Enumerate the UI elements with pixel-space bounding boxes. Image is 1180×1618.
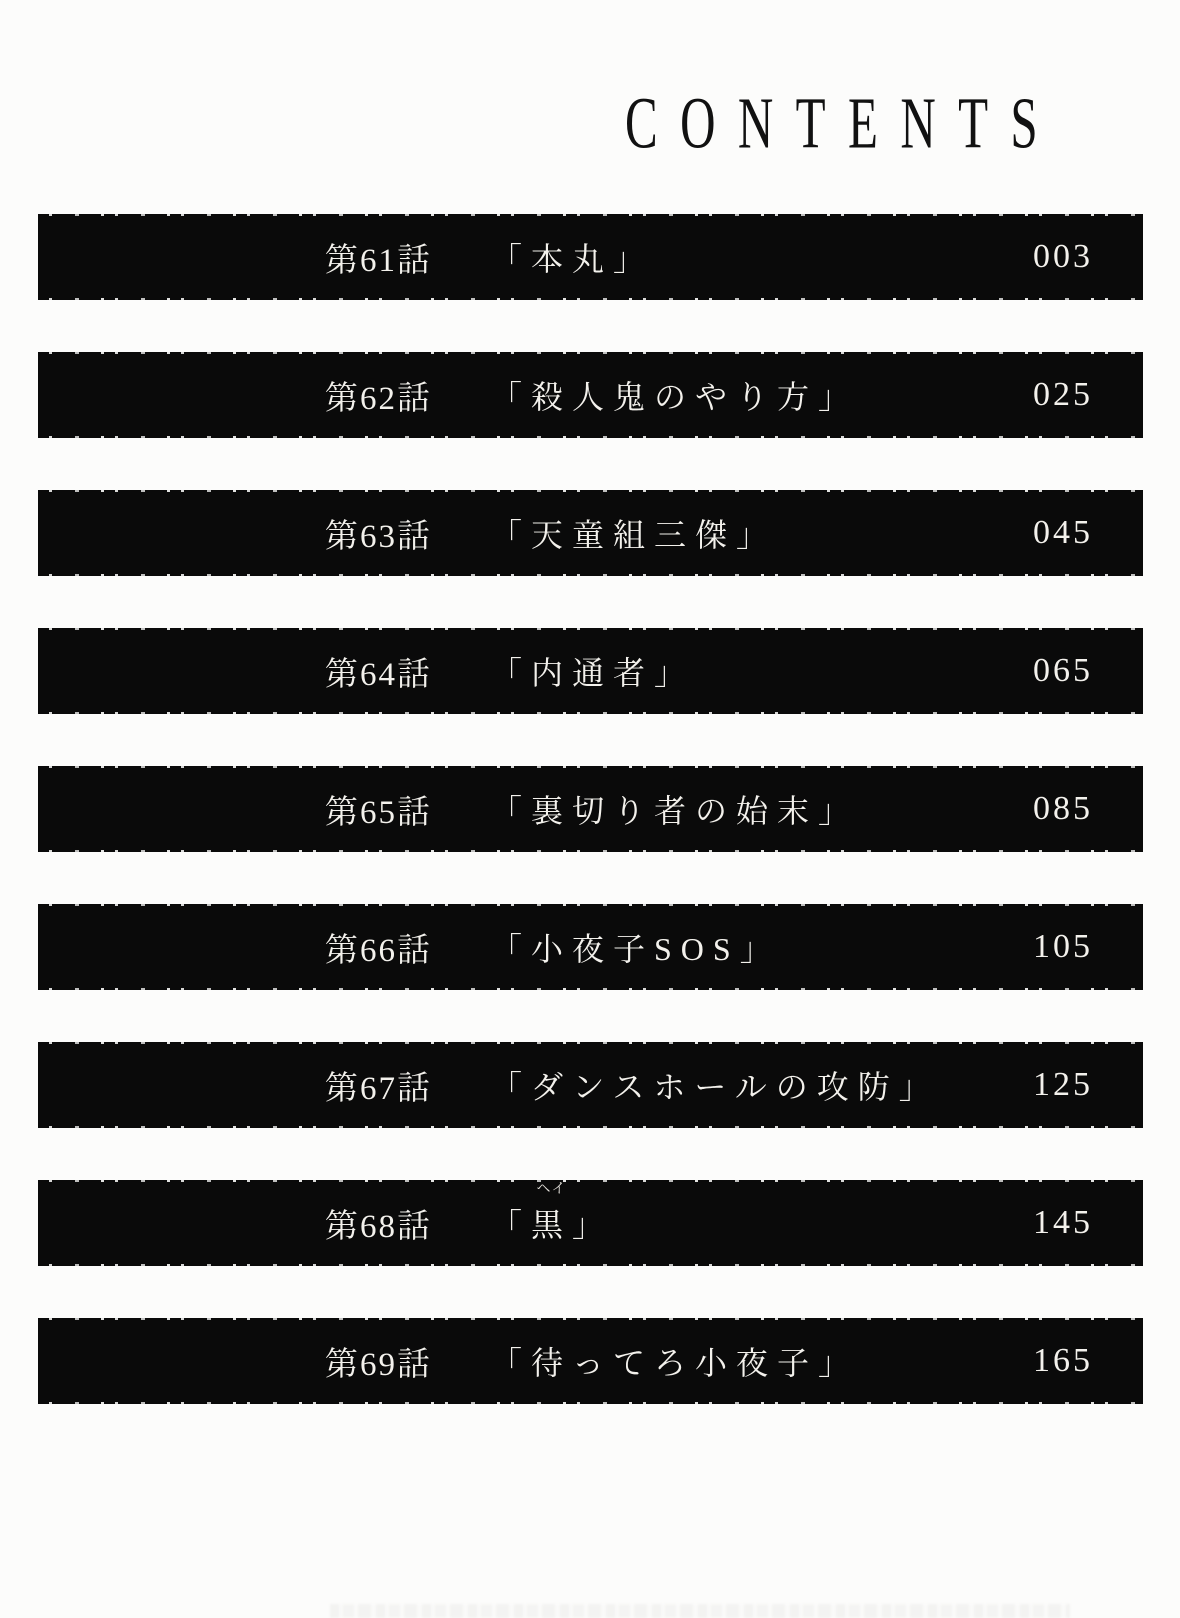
chapter-title: 「殺人鬼のやり方」 xyxy=(490,354,859,436)
chapter-number: 第67話 xyxy=(325,1044,432,1126)
toc-row-62: 第62話 「殺人鬼のやり方」 025 xyxy=(38,354,1143,436)
page-number: 145 xyxy=(1033,1182,1093,1264)
chapter-title: 「ヘイ黒」 xyxy=(490,1182,613,1264)
faint-cutoff-footer-text xyxy=(330,1604,1070,1618)
page-number: 025 xyxy=(1033,354,1093,436)
toc-row-67: 第67話 「ダンスホールの攻防」 125 xyxy=(38,1044,1143,1126)
furigana: ヘイ xyxy=(537,1183,567,1197)
chapter-title: 「内通者」 xyxy=(490,630,695,712)
open-bracket: 「 xyxy=(490,1200,531,1246)
chapter-number: 第66話 xyxy=(325,906,432,988)
chapter-number: 第63話 xyxy=(325,492,432,574)
page-number: 125 xyxy=(1033,1044,1093,1126)
toc-row-65: 第65話 「裏切り者の始末」 085 xyxy=(38,768,1143,850)
chapter-number: 第65話 xyxy=(325,768,432,850)
chapter-number: 第61話 xyxy=(325,216,432,298)
chapter-title: 「裏切り者の始末」 xyxy=(490,768,859,850)
page-number: 165 xyxy=(1033,1320,1093,1402)
chapter-title: 「天童組三傑」 xyxy=(490,492,777,574)
chapter-title: 「待ってろ小夜子」 xyxy=(490,1320,859,1402)
chapter-title: 「本丸」 xyxy=(490,216,654,298)
page-number: 105 xyxy=(1033,906,1093,988)
table-of-contents: 第61話 「本丸」 003 第62話 「殺人鬼のやり方」 025 第63話 「天… xyxy=(38,216,1143,1458)
ruby-annotated-kanji: ヘイ黒 xyxy=(531,1200,572,1246)
page-number: 065 xyxy=(1033,630,1093,712)
page-number: 045 xyxy=(1033,492,1093,574)
chapter-number: 第68話 xyxy=(325,1182,432,1264)
toc-row-64: 第64話 「内通者」 065 xyxy=(38,630,1143,712)
chapter-number: 第62話 xyxy=(325,354,432,436)
toc-row-69: 第69話 「待ってろ小夜子」 165 xyxy=(38,1320,1143,1402)
page-title: CONTENTS xyxy=(625,88,1060,161)
toc-row-68: 第68話 「ヘイ黒」 145 xyxy=(38,1182,1143,1264)
toc-row-61: 第61話 「本丸」 003 xyxy=(38,216,1143,298)
chapter-title: 「ダンスホールの攻防」 xyxy=(490,1044,940,1126)
page-number: 085 xyxy=(1033,768,1093,850)
chapter-number: 第64話 xyxy=(325,630,432,712)
manga-contents-page: { "page": { "title": "CONTENTS", "colors… xyxy=(0,0,1180,1618)
toc-row-66: 第66話 「小夜子SOS」 105 xyxy=(38,906,1143,988)
toc-row-63: 第63話 「天童組三傑」 045 xyxy=(38,492,1143,574)
kanji-base: 黒 xyxy=(531,1207,572,1243)
chapter-number: 第69話 xyxy=(325,1320,432,1402)
page-number: 003 xyxy=(1033,216,1093,298)
close-bracket: 」 xyxy=(572,1200,613,1246)
chapter-title: 「小夜子SOS」 xyxy=(490,906,781,988)
